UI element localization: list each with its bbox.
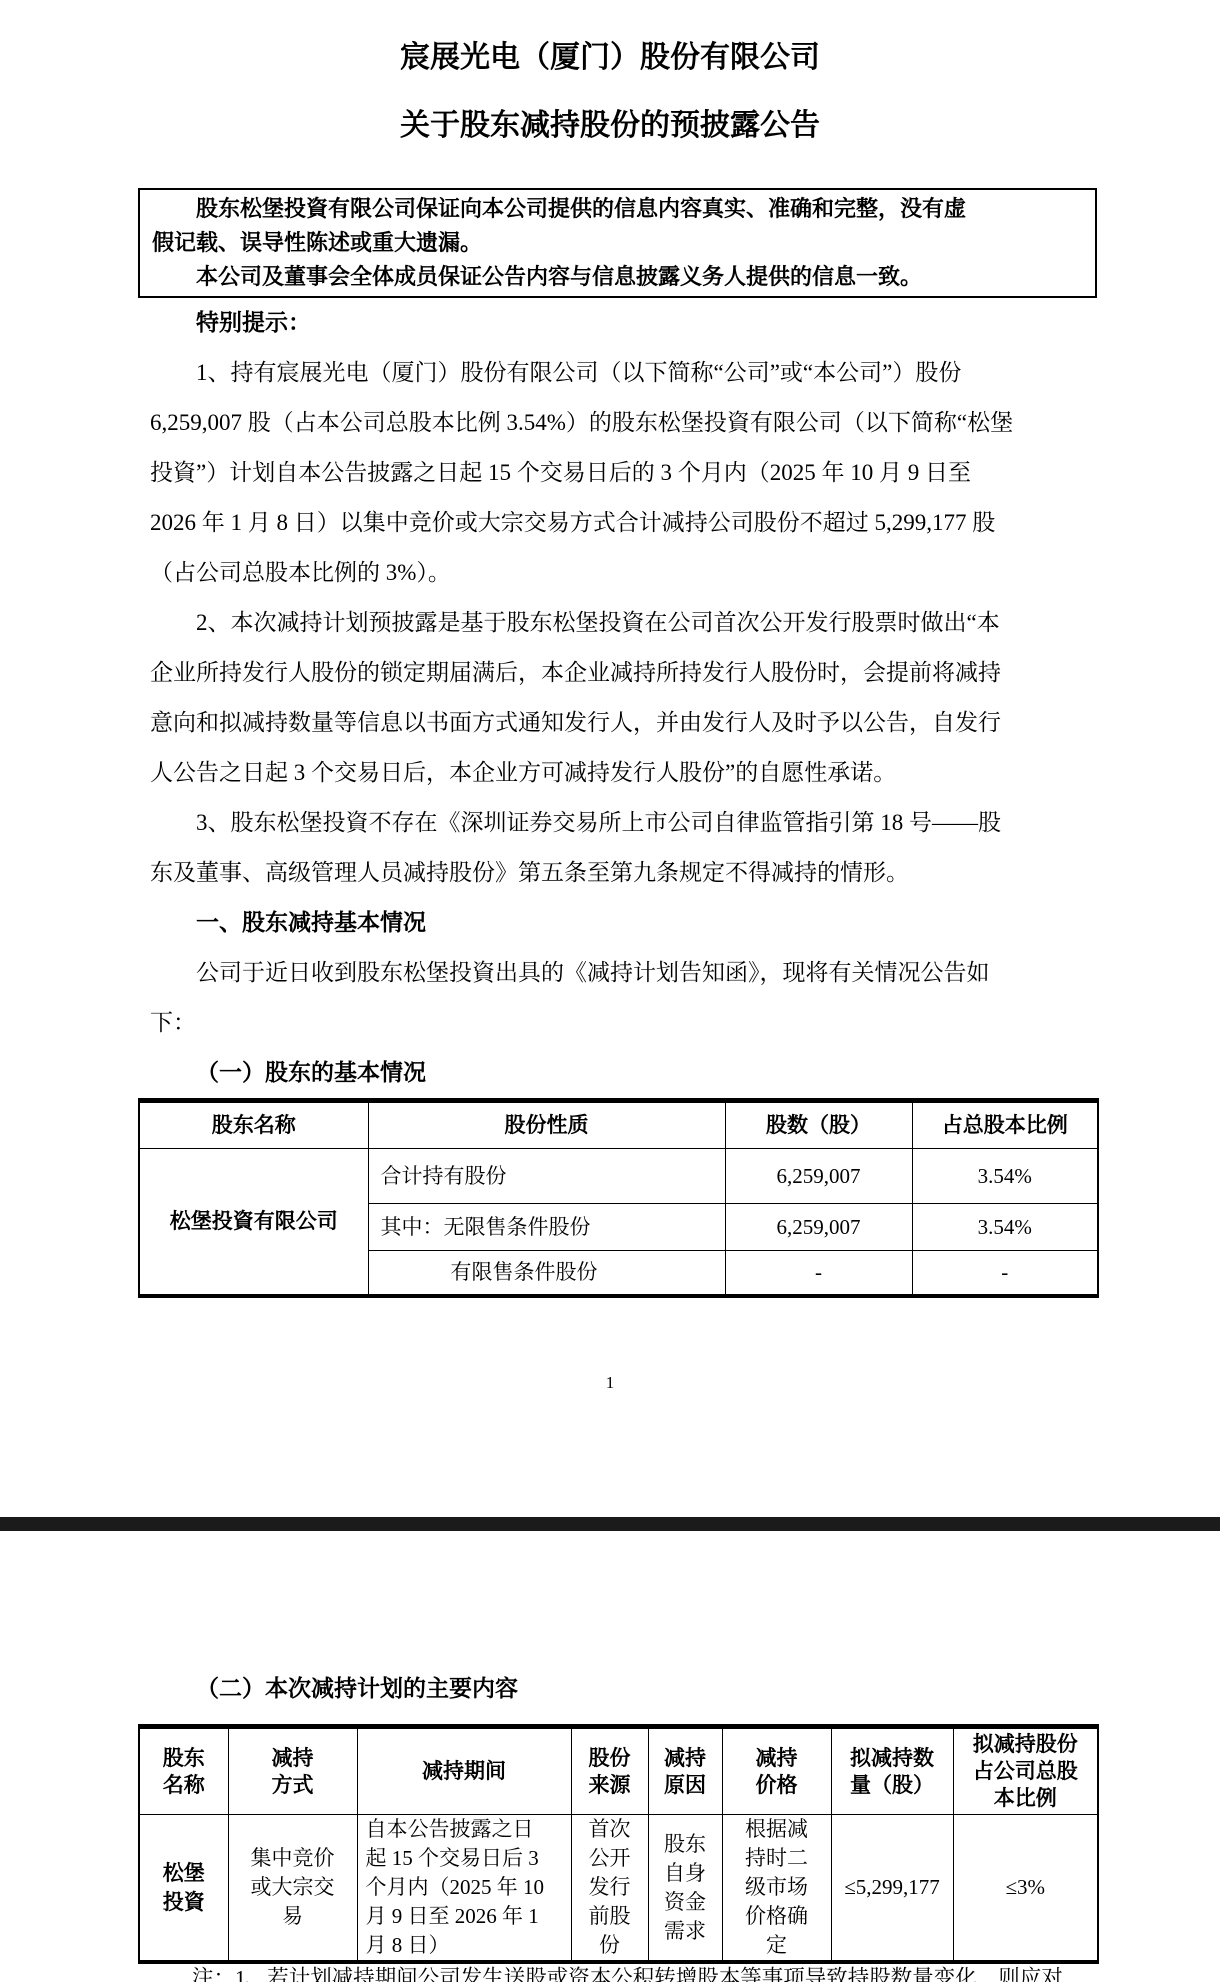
disclaimer-line-2: 本公司及董事会全体成员保证公告内容与信息披露义务人提供的信息一致。	[152, 260, 1081, 294]
table1-header-row: 股东名称 股份性质 股数（股） 占总股本比例	[139, 1101, 1098, 1149]
share-ratio-cell: 3.54%	[912, 1204, 1098, 1251]
table1-header-share-nature: 股份性质	[368, 1101, 725, 1149]
subsection-1-heading: （一）股东的基本情况	[150, 1048, 1090, 1098]
shareholder-name-cell: 松堡投資有限公司	[139, 1149, 368, 1296]
table-row: 松堡 投資 集中竞价 或大宗交 易 自本公告披露之日 起 15 个交易日后 3 …	[139, 1815, 1098, 1963]
reduction-source-cell: 首次 公开 发行 前股 份	[571, 1815, 648, 1963]
pdf-page-2: （二）本次减持计划的主要内容 股东 名称 减持 方式 减持期间 股份 来源 减持…	[0, 1531, 1220, 1982]
share-nature-cell: 有限售条件股份	[368, 1251, 725, 1296]
disclaimer-box: 股东松堡投資有限公司保证向本公司提供的信息内容真实、准确和完整，没有虚 假记载、…	[138, 188, 1097, 298]
table2-header-reason: 减持 原因	[648, 1727, 722, 1815]
page2-body: （二）本次减持计划的主要内容	[150, 1531, 1090, 1714]
page1-body: 特别提示： 1、持有宸展光电（厦门）股份有限公司（以下简称“公司”或“本公司”）…	[150, 298, 1090, 1098]
share-count-cell: -	[725, 1251, 912, 1296]
paragraph-1: 1、持有宸展光电（厦门）股份有限公司（以下简称“公司”或“本公司”）股份 6,2…	[150, 348, 1090, 598]
reduction-reason-cell: 股东 自身 资金 需求	[648, 1815, 722, 1963]
table2-header-row: 股东 名称 减持 方式 减持期间 股份 来源 减持 原因 减持 价格 拟减持数 …	[139, 1727, 1098, 1815]
page-separator-bar	[0, 1517, 1220, 1531]
paragraph-3: 3、股东松堡投資不存在《深圳证券交易所上市公司自律监管指引第 18 号——股 东…	[150, 798, 1090, 898]
reduction-ratio-cell: ≤3%	[953, 1815, 1098, 1963]
section-1-heading: 一、股东减持基本情况	[150, 898, 1090, 948]
table1-header-share-ratio: 占总股本比例	[912, 1101, 1098, 1149]
share-ratio-cell: 3.54%	[912, 1149, 1098, 1204]
announcement-title: 关于股东减持股份的预披露公告	[0, 76, 1220, 144]
reduction-shareholder-cell: 松堡 投資	[139, 1815, 228, 1963]
reduction-method-cell: 集中竞价 或大宗交 易	[228, 1815, 357, 1963]
table2-header-period: 减持期间	[357, 1727, 571, 1815]
footnote-line: 注：1、若计划减持期间公司发生送股或资本公积转增股本等事项导致持股数量变化，则应…	[192, 1966, 1220, 1982]
share-nature-cell: 其中：无限售条件股份	[368, 1204, 725, 1251]
shareholder-basic-info-table: 股东名称 股份性质 股数（股） 占总股本比例 松堡投資有限公司 合计持有股份 6…	[138, 1098, 1099, 1298]
table2-header-method: 减持 方式	[228, 1727, 357, 1815]
reduction-plan-table: 股东 名称 减持 方式 减持期间 股份 来源 减持 原因 减持 价格 拟减持数 …	[138, 1724, 1099, 1964]
reduction-quantity-cell: ≤5,299,177	[831, 1815, 953, 1963]
reduction-price-cell: 根据减 持时二 级市场 价格确 定	[722, 1815, 831, 1963]
section-1-intro: 公司于近日收到股东松堡投資出具的《减持计划告知函》，现将有关情况公告如 下：	[150, 948, 1090, 1048]
company-name-title: 宸展光电（厦门）股份有限公司	[0, 0, 1220, 76]
table2-header-price: 减持 价格	[722, 1727, 831, 1815]
table2-header-shareholder-name: 股东 名称	[139, 1727, 228, 1815]
table1-header-share-count: 股数（股）	[725, 1101, 912, 1149]
share-count-cell: 6,259,007	[725, 1204, 912, 1251]
share-count-cell: 6,259,007	[725, 1149, 912, 1204]
share-ratio-cell: -	[912, 1251, 1098, 1296]
pdf-page-1: 宸展光电（厦门）股份有限公司 关于股东减持股份的预披露公告 股东松堡投資有限公司…	[0, 0, 1220, 1517]
subsection-2-heading: （二）本次减持计划的主要内容	[150, 1664, 1090, 1714]
paragraph-2: 2、本次减持计划预披露是基于股东松堡投資在公司首次公开发行股票时做出“本 企业所…	[150, 598, 1090, 798]
table2-header-quantity: 拟减持数 量（股）	[831, 1727, 953, 1815]
special-note-heading: 特别提示：	[150, 298, 1090, 348]
table2-header-ratio: 拟减持股份 占公司总股 本比例	[953, 1727, 1098, 1815]
table1-header-shareholder-name: 股东名称	[139, 1101, 368, 1149]
share-nature-cell: 合计持有股份	[368, 1149, 725, 1204]
table2-header-source: 股份 来源	[571, 1727, 648, 1815]
disclaimer-line-1: 股东松堡投資有限公司保证向本公司提供的信息内容真实、准确和完整，没有虚 假记载、…	[152, 192, 1081, 260]
table-row: 松堡投資有限公司 合计持有股份 6,259,007 3.54%	[139, 1149, 1098, 1204]
page-number: 1	[0, 1373, 1220, 1393]
document-screenshot: 宸展光电（厦门）股份有限公司 关于股东减持股份的预披露公告 股东松堡投資有限公司…	[0, 0, 1220, 1982]
reduction-period-cell: 自本公告披露之日 起 15 个交易日后 3 个月内（2025 年 10 月 9 …	[357, 1815, 571, 1963]
